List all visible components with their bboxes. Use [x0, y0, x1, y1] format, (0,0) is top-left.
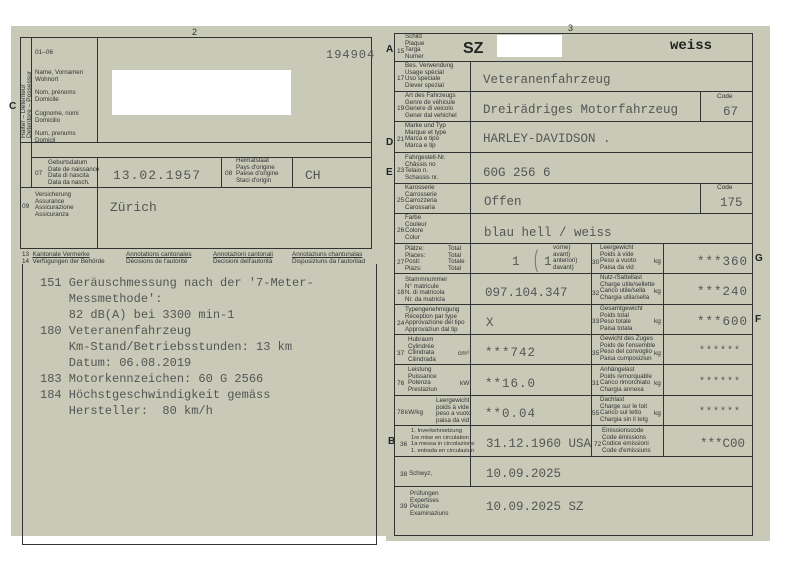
holder-label-it: Cognome, nomi Domicilio	[35, 111, 79, 124]
form-code: 01–06	[35, 50, 53, 57]
side-letter-f: F	[755, 314, 761, 325]
places-total-value: 1	[512, 255, 520, 269]
trailer-load-label: Anhängelast Poids remorquable Carico rim…	[600, 367, 652, 393]
side-letter-a: A	[386, 44, 393, 55]
power-ratio-label: Leergewicht poids à vide peso a vuoto pa…	[436, 398, 471, 424]
holder-vertical-label-2: Detentore – Possessur	[26, 71, 33, 138]
inspections-value: 10.09.2025 SZ	[486, 500, 584, 514]
birth-date-value: 13.02.1957	[113, 168, 201, 183]
plate-color: weiss	[670, 38, 712, 54]
total-weight-value: ***600	[697, 315, 748, 329]
issue-date-value: 10.09.2025	[486, 467, 561, 481]
type-approval-value: X	[486, 316, 494, 330]
annotation-line: 183 Motorkennzeichen: 60 G 2566	[40, 372, 263, 386]
first-registration-value: 31.12.1960 USA	[486, 437, 591, 451]
chassis-value: 60G 256 6	[483, 166, 551, 180]
empty-weight-label: Leergewicht Poids à vide Peso a vuoto Pa…	[600, 245, 636, 271]
body-code-label: Code	[717, 185, 733, 192]
vehicle-type-code: 67	[723, 105, 738, 119]
displacement-label: Hubraum Cylindrée Cilindrata Cilindrada	[408, 337, 436, 363]
train-weight-value: ******	[699, 346, 741, 357]
side-letter-d: D	[386, 137, 393, 148]
annotation-line: 82 dB(A) bei 3300 min-1	[40, 308, 234, 322]
places-total-label: Total Total Totale Total	[448, 246, 465, 272]
colour-label: Farbe Couleur Colore Colur	[405, 215, 427, 241]
page-number-left: 2	[192, 27, 197, 37]
plate-canton: SZ	[463, 40, 483, 58]
annotation-line: Datum: 06.08.2019	[40, 356, 191, 370]
usage-value: Veteranenfahrzeug	[483, 73, 611, 87]
chassis-label: Fahrgestell-Nr. Châssis no Telaio n. Sch…	[405, 155, 446, 181]
holder-label-fr: Nom, prénoms Domicile	[35, 90, 76, 103]
insurance-value: Zürich	[110, 200, 157, 215]
plate-label: Schild Plaque Targa Numer	[405, 34, 424, 60]
vehicle-type-label: Art des Fahrzeugs Genre de véhicule Gene…	[405, 93, 457, 119]
first-registration-label: 1. Inverkehrsetzung 1re mise en circulat…	[411, 428, 474, 454]
annotation-line: 184 Höchstgeschwindigkeit gemäss	[40, 388, 270, 402]
body-label: Karosserie Carrosserie Carrozzeria Caros…	[405, 185, 437, 211]
body-code: 175	[720, 196, 743, 210]
emission-code-value: ***C00	[700, 437, 745, 451]
displacement-value: ***742	[485, 346, 536, 360]
trailer-load-value: ******	[699, 377, 741, 388]
side-letter-b: B	[388, 436, 395, 447]
roof-load-value: ******	[699, 407, 741, 418]
total-weight-label: Gesamtgewicht Poids total Peso totale Pa…	[600, 306, 643, 332]
payload-label: Nutz-/Sattellast Charge utile/sellette C…	[600, 275, 655, 301]
side-letter-c: C	[9, 101, 16, 112]
places-front-label: vorne) avant) anteriori) davant)	[553, 245, 577, 271]
power-ratio-unit: kW/kg	[405, 409, 423, 416]
power-label: Leistung Puissance Potenza Prestaziun	[408, 367, 437, 393]
holder-label-de: Name, Vornamen Wohnort	[35, 70, 83, 83]
body-value: Offen	[484, 195, 522, 209]
vehicle-type-value: Dreirädriges Motorfahrzeug	[483, 103, 678, 117]
type-approval-label: Typengenehmigung Réception par type Appr…	[405, 307, 465, 333]
emission-code-label: Emissionscode Code émissions Codice emis…	[602, 428, 651, 454]
insurance-label: Versicherung Assurance Assicurazione Ass…	[35, 192, 74, 218]
inspections-label: Prüfungen Expertises Perizie Examinaziun…	[410, 491, 449, 517]
vehicle-type-code-label: Code	[717, 94, 733, 101]
serial-value: 097.104.347	[485, 286, 568, 300]
annotation-line: 151 Geräuschmessung nach der '7-Meter-	[40, 276, 314, 290]
payload-value: ***240	[697, 285, 748, 299]
make-value: HARLEY-DAVIDSON .	[483, 132, 611, 146]
birth-date-label: Geburtsdatum Date de naissance Data di n…	[48, 160, 99, 186]
redacted-holder-name	[112, 70, 291, 115]
annotation-line: 180 Veteranenfahrzeug	[40, 324, 191, 338]
annotation-line: Messmethode':	[40, 292, 162, 306]
power-ratio-value: **0.04	[485, 407, 536, 421]
make-label: Marke und Typ Marque et type Marca e tip…	[405, 123, 446, 149]
colour-value: blau hell / weiss	[484, 226, 612, 240]
usage-label: Bes. Verwendung Usage spécial Uso specia…	[405, 63, 454, 89]
origin-label: Heimatstaat Pays d'origine Paese d'origi…	[236, 158, 278, 184]
power-value: **16.0	[485, 377, 536, 391]
serial-label: Stammnummer N° matricule N. di matricola…	[405, 277, 447, 303]
annotation-line: Km-Stand/Betriebsstunden: 13 km	[40, 340, 292, 354]
origin-value: CH	[305, 168, 321, 183]
redacted-plate-number	[497, 35, 562, 57]
roof-load-label: Dachlast Charge sur le toit Carico sul t…	[600, 397, 648, 423]
places-label: Plätze: Places: Posti: Plazs:	[405, 246, 425, 272]
empty-weight-value: ***360	[697, 255, 748, 269]
side-letter-e: E	[386, 167, 393, 178]
page-number-right: 3	[568, 23, 573, 33]
issue-place-label: Schwyz,	[409, 471, 432, 478]
side-letter-g: G	[755, 253, 763, 264]
places-front-value: 1	[544, 255, 552, 269]
document-number: 194904	[326, 48, 375, 62]
annotation-line: Hersteller: 80 km/h	[40, 404, 213, 418]
train-weight-label: Gewicht des Zuges Poids de l'ensemble Pe…	[600, 336, 655, 362]
